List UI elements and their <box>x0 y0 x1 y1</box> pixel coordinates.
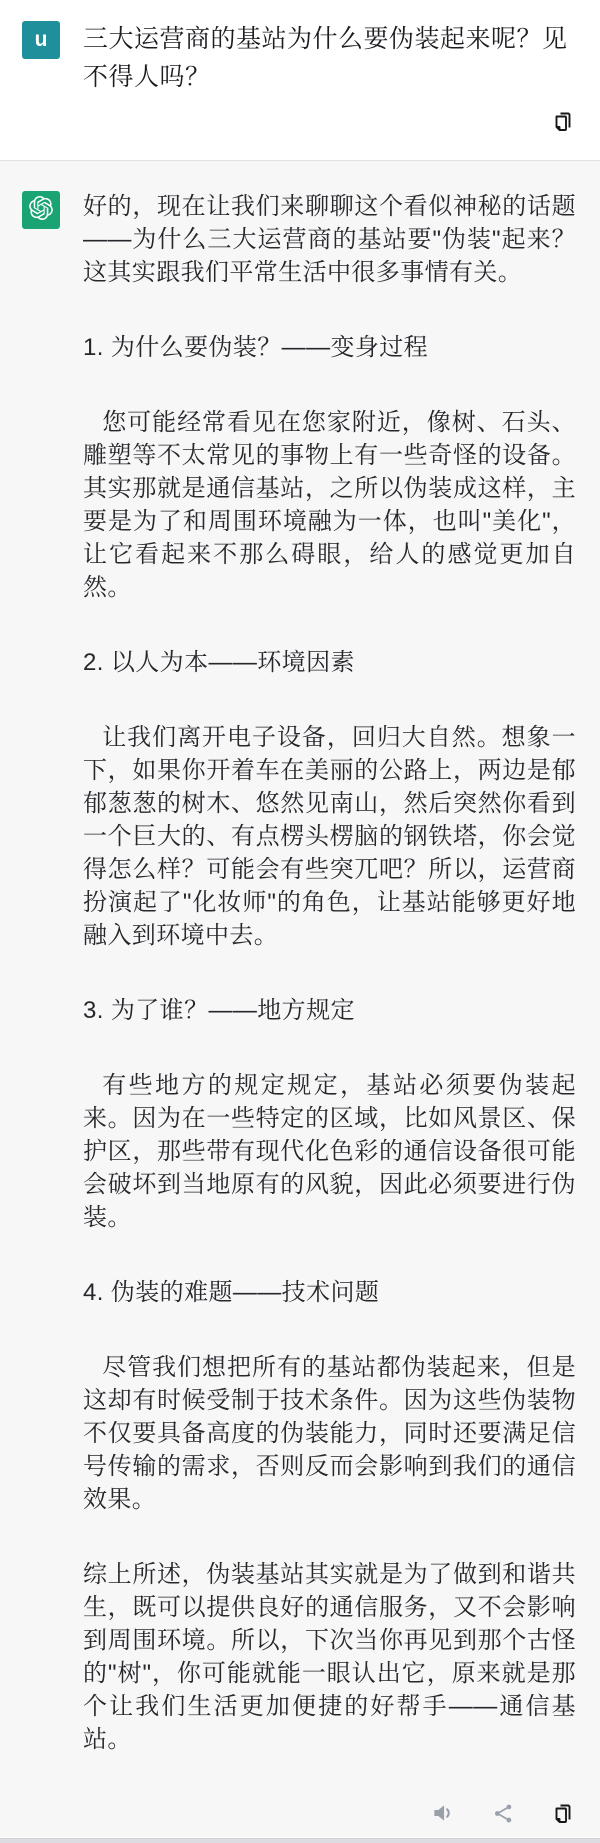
copy-icon <box>551 1801 575 1825</box>
user-avatar: u <box>22 21 60 59</box>
speaker-icon <box>430 1800 456 1826</box>
user-message-actions <box>83 108 576 134</box>
paragraph: 有些地方的规定规定，基站必须要伪装起来。因为在一些特定的区域，比如风景区、保护区… <box>83 1069 576 1234</box>
read-aloud-button[interactable] <box>430 1800 456 1826</box>
section-heading: 4. 伪装的难题——技术问题 <box>83 1276 576 1309</box>
chatgpt-logo-icon <box>28 195 54 226</box>
share-icon <box>492 1802 515 1825</box>
paragraph: 您可能经常看见在您家附近，像树、石头、雕塑等不太常见的事物上有一些奇怪的设备。其… <box>83 406 576 604</box>
copy-button[interactable] <box>550 1800 576 1826</box>
user-message: u 三大运营商的基站为什么要伪装起来呢？见不得人吗？ <box>0 0 600 161</box>
share-button[interactable] <box>490 1800 516 1826</box>
copy-icon <box>551 109 575 133</box>
paragraph: 好的，现在让我们来聊聊这个看似神秘的话题——为什么三大运营商的基站要"伪装"起来… <box>83 190 576 289</box>
section-heading: 3. 为了谁？——地方规定 <box>83 994 576 1027</box>
copy-button[interactable] <box>550 108 576 134</box>
assistant-message-actions <box>83 1800 576 1826</box>
paragraph: 让我们离开电子设备，回归大自然。想象一下，如果你开着车在美丽的公路上，两边是郁郁… <box>83 721 576 952</box>
section-heading: 1. 为什么要伪装？——变身过程 <box>83 331 576 364</box>
input-bar-edge <box>0 1838 600 1843</box>
user-question-text: 三大运营商的基站为什么要伪装起来呢？见不得人吗？ <box>83 20 576 96</box>
chatgpt-avatar <box>22 191 60 229</box>
assistant-message: 好的，现在让我们来聊聊这个看似神秘的话题——为什么三大运营商的基站要"伪装"起来… <box>0 161 600 1837</box>
paragraph: 综上所述，伪装基站其实就是为了做到和谐共生，既可以提供良好的通信服务，又不会影响… <box>83 1558 576 1756</box>
assistant-response: 好的，现在让我们来聊聊这个看似神秘的话题——为什么三大运营商的基站要"伪装"起来… <box>83 190 576 1756</box>
paragraph: 尽管我们想把所有的基站都伪装起来，但是这却有时候受制于技术条件。因为这些伪装物不… <box>83 1351 576 1516</box>
section-heading: 2. 以人为本——环境因素 <box>83 646 576 679</box>
